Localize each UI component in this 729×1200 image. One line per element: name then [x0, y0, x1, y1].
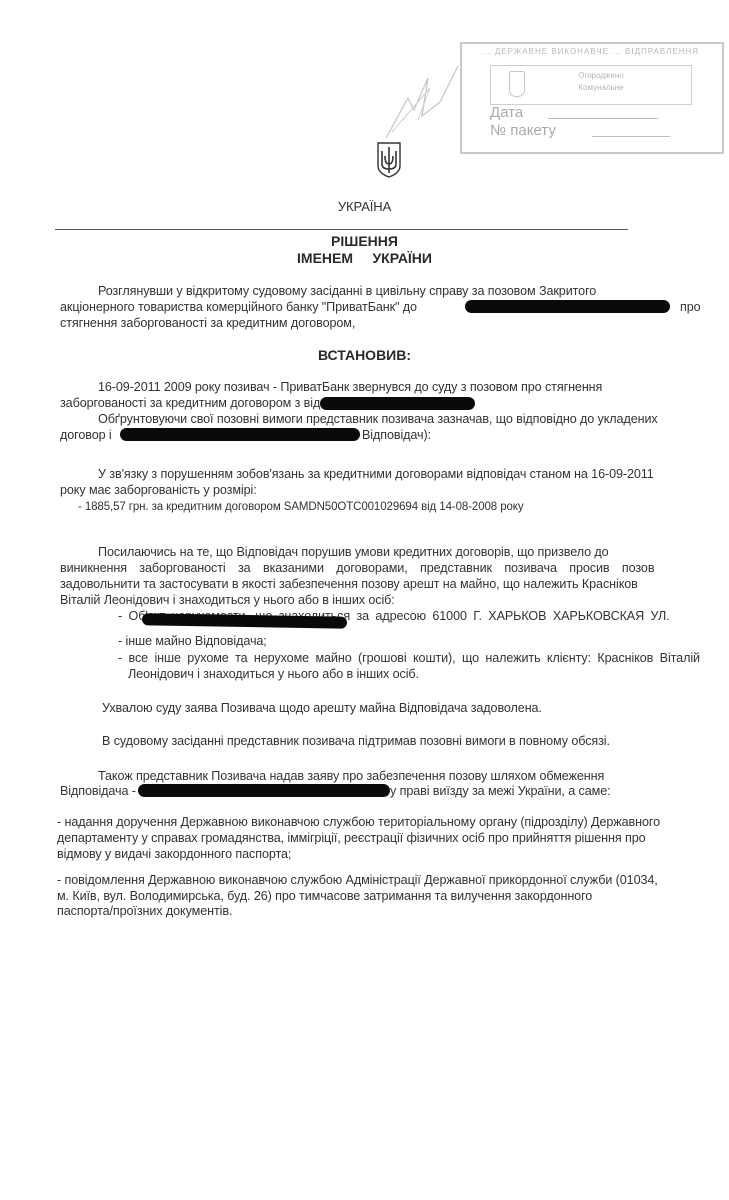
paragraph-line: В судовому засіданні представник позивач… — [102, 733, 610, 749]
signature — [378, 58, 468, 148]
established-heading: ВСТАНОВИВ: — [0, 347, 729, 363]
intro-line: Розглянувши у відкритому судовому засіда… — [98, 283, 702, 299]
debt-item: - 1885,57 грн. за кредитним договором SA… — [78, 499, 524, 515]
paragraph-line: У зв'язку з порушенням зобов'язань за кр… — [98, 466, 654, 482]
paragraph-line: Посилаючись на те, що Відповідач порушив… — [98, 544, 702, 560]
country-label: УКРАЇНА — [0, 199, 729, 215]
paragraph-line: Відповідач): — [362, 427, 431, 443]
registry-stamp: ... ДЕРЖАВНЕ ВИКОНАВЧЕ ... ВІДПРАВЛЕННЯ … — [460, 42, 724, 154]
trident-icon — [377, 142, 401, 178]
stamp-number-line — [592, 136, 670, 137]
paragraph-line: у праві виїзду за межі України, а саме: — [390, 783, 611, 799]
paragraph-line: Обґрунтовуючи свої позовні вимоги предст… — [98, 411, 702, 427]
paragraph-line: - надання доручення Державною виконавчою… — [57, 814, 660, 830]
paragraph-line: року має заборгованість у розмірі: — [60, 482, 257, 498]
paragraph-line: м. Київ, вул. Володимирська, буд. 26) пр… — [57, 888, 592, 904]
document-title: РІШЕННЯ — [0, 233, 729, 249]
stamp-org-box: Огороджено Комунальне — [490, 65, 692, 105]
paragraph-line: Віталій Леонідович і знаходиться у нього… — [60, 592, 395, 608]
stamp-org: Огороджено Комунальне — [551, 70, 651, 94]
stamp-number-label: № пакету — [490, 122, 556, 139]
redaction — [138, 784, 390, 797]
paragraph-line: Ухвалою суду заява Позивача щодо арешту … — [102, 700, 542, 716]
stamp-date-line — [548, 118, 658, 119]
paragraph-line: договор і — [60, 427, 112, 443]
paragraph-line: - повідомлення Державною виконавчою служ… — [57, 872, 658, 888]
property-item: - інше майно Відповідача; — [118, 633, 267, 649]
paragraph-line: відмову у видачі закордонного паспорта; — [57, 846, 291, 862]
stamp-emblem-icon — [509, 71, 525, 97]
property-item: Леонідович і знаходиться у нього або в і… — [128, 666, 419, 682]
stamp-header: ... ДЕРЖАВНЕ ВИКОНАВЧЕ ... ВІДПРАВЛЕННЯ — [482, 47, 699, 56]
paragraph-line: паспорта/проїзних документів. — [57, 903, 232, 919]
redaction — [142, 613, 347, 629]
intro-line: стягнення заборгованості за кредитним до… — [60, 315, 355, 331]
header-divider — [55, 229, 628, 230]
paragraph-line: Також представник Позивача надав заяву п… — [98, 768, 604, 784]
redaction — [320, 397, 475, 410]
stamp-org-line: Огороджено — [551, 70, 651, 82]
paragraph-line: задовольнити та застосувати в якості заб… — [60, 576, 702, 592]
paragraph-line: 16-09-2011 2009 року позивач - ПриватБан… — [98, 379, 702, 395]
property-item: - все інше рухоме та нерухоме майно (гро… — [118, 650, 702, 666]
redaction — [465, 300, 670, 313]
stamp-org-line: Комунальне — [551, 82, 651, 94]
intro-line: акціонерного товариства комерційного бан… — [60, 299, 417, 315]
intro-line: про — [680, 299, 701, 315]
paragraph-line: виникнення заборгованості за вказаними д… — [60, 560, 702, 576]
document-subtitle: ІМЕНЕМ УКРАЇНИ — [0, 250, 729, 266]
stamp-date-label: Дата — [490, 104, 523, 121]
paragraph-line: Відповідача - — [60, 783, 136, 799]
paragraph-line: департаменту у справах громадянства, імм… — [57, 830, 646, 846]
redaction — [120, 428, 360, 441]
